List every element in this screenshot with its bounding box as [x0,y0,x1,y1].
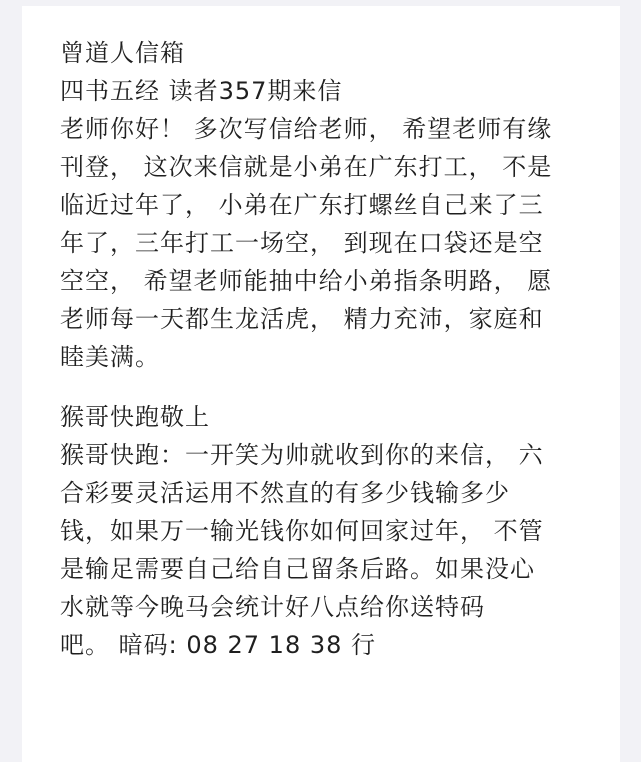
reader-letter-line: 临近过年了， 小弟在广东打螺丝自己来了三 [60,186,580,224]
reader-letter-line: 老师你好！ 多次写信给老师， 希望老师有缘 [60,110,580,148]
reply-line: 猴哥快跑：一开笑为帅就收到你的来信， 六 [60,436,580,474]
reader-letter-line: 睦美满。 [60,338,580,376]
reply-line: 吧。 暗码: 08 27 18 38 行 [60,626,580,664]
reply-line: 是输足需要自己给自己留条后路。如果没心 [60,550,580,588]
reader-letter: 老师你好！ 多次写信给老师， 希望老师有缘 刊登， 这次来信就是小弟在广东打工，… [60,110,580,376]
reply-line: 水就等今晚马会统计好八点给你送特码 [60,588,580,626]
issue-line: 四书五经 读者357期来信 [60,72,580,110]
reader-letter-line: 空空， 希望老师能抽中给小弟指条明路， 愿 [60,262,580,300]
reply-signature: 猴哥快跑敬上 [60,398,580,436]
letter-card: 曾道人信箱 四书五经 读者357期来信 老师你好！ 多次写信给老师， 希望老师有… [22,6,620,762]
reply-line: 钱，如果万一输光钱你如何回家过年， 不管 [60,512,580,550]
letter-content: 曾道人信箱 四书五经 读者357期来信 老师你好！ 多次写信给老师， 希望老师有… [60,34,580,664]
column-title: 曾道人信箱 [60,34,580,72]
reader-letter-line: 刊登， 这次来信就是小弟在广东打工， 不是 [60,148,580,186]
reader-letter-line: 年了，三年打工一场空， 到现在口袋还是空 [60,224,580,262]
reader-letter-line: 老师每一天都生龙活虎， 精力充沛，家庭和 [60,300,580,338]
reply-body: 猴哥快跑：一开笑为帅就收到你的来信， 六 合彩要灵活运用不然直的有多少钱输多少 … [60,436,580,664]
section-gap [60,376,580,398]
reply-line: 合彩要灵活运用不然直的有多少钱输多少 [60,474,580,512]
